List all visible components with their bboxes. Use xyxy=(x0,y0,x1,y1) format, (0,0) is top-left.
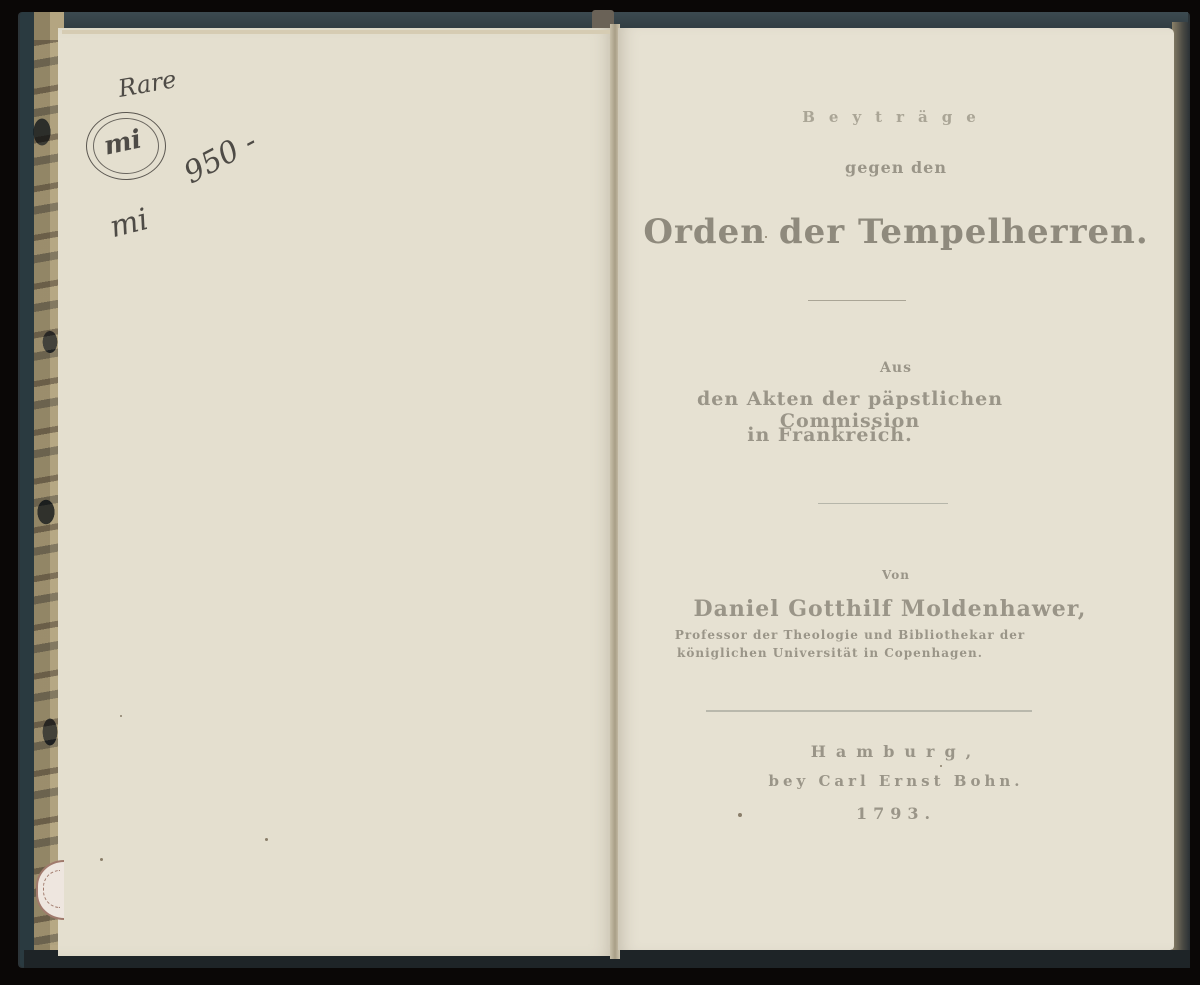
paper-speck xyxy=(765,236,767,238)
divider-rule xyxy=(818,503,948,504)
left-page-top-edge xyxy=(62,30,612,34)
title-line-beytraege: Beyträge xyxy=(618,108,1174,126)
divider-rule xyxy=(808,300,906,301)
paper-speck xyxy=(100,858,103,861)
ornamental-rule xyxy=(706,710,1032,712)
imprint-publisher: bey Carl Ernst Bohn. xyxy=(618,772,1174,790)
title-line-gegen-den: gegen den xyxy=(618,158,1174,177)
paper-speck xyxy=(738,813,742,817)
title-line-von: Von xyxy=(618,568,1174,582)
imprint-city: Hamburg, xyxy=(618,742,1174,761)
main-title: Orden der Tempelherren. xyxy=(618,212,1174,252)
paper-speck xyxy=(940,765,942,767)
paper-speck xyxy=(120,715,122,717)
paper-speck xyxy=(265,838,268,841)
imprint-year: 1793. xyxy=(618,804,1174,823)
author-title-2: königlichen Universität in Copenhagen. xyxy=(620,646,1040,660)
fore-edge-right xyxy=(1172,22,1190,962)
title-line-aus: Aus xyxy=(618,360,1174,376)
author-name: Daniel Gotthilf Moldenhawer, xyxy=(650,596,1130,622)
author-title-1: Professor der Theologie und Bibliothekar… xyxy=(660,628,1040,642)
title-line-frankreich: in Frankreich. xyxy=(620,424,1040,446)
marbled-endpaper-strip xyxy=(34,40,58,945)
